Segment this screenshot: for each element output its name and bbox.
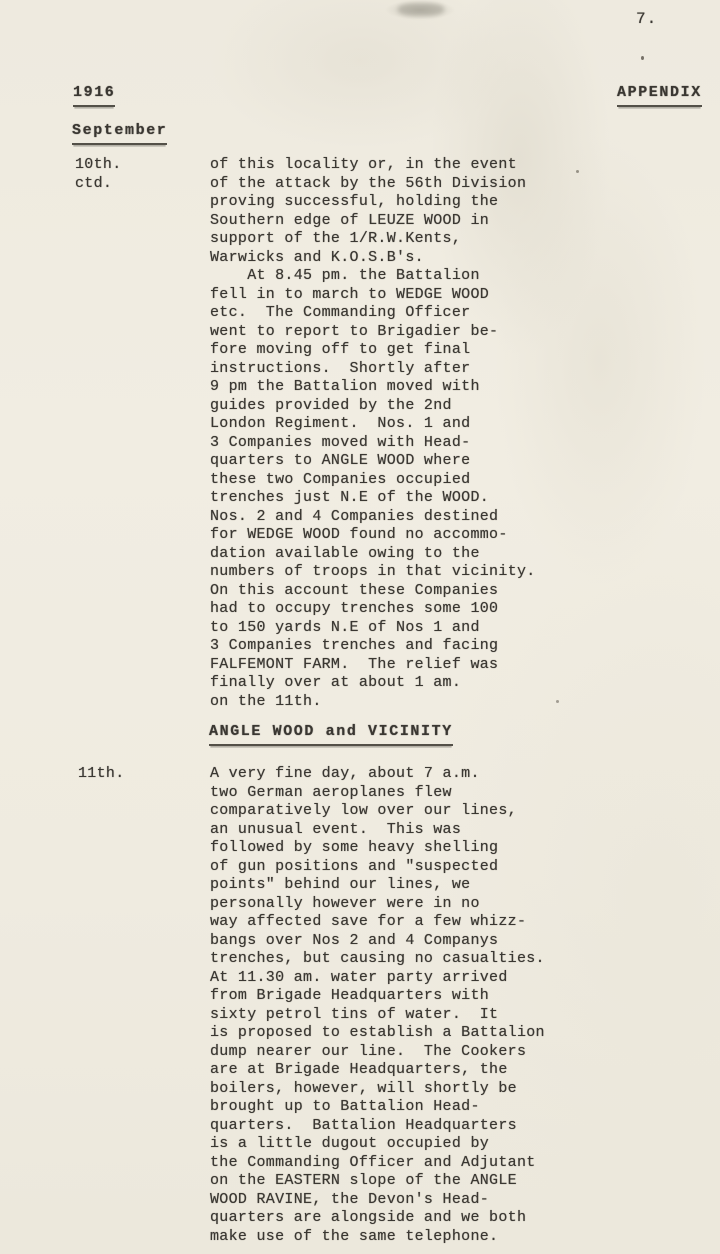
entry-body-11th: A very fine day, about 7 a.m. two German… — [210, 765, 545, 1246]
month-heading: September — [72, 122, 167, 145]
ink-speck — [556, 700, 559, 703]
document-page: 7. 1916 APPENDIX September 10th. ctd. of… — [0, 0, 720, 1254]
year-heading-text: 1916 — [73, 84, 115, 107]
entry-date-11th: 11th. — [78, 765, 125, 784]
month-heading-text: September — [72, 122, 167, 145]
appendix-heading-text: APPENDIX — [617, 84, 702, 107]
year-heading: 1916 — [73, 84, 115, 107]
entry-date-10th: 10th. ctd. — [75, 156, 122, 193]
section-heading-angle-wood: ANGLE WOOD and VICINITY — [209, 723, 453, 746]
appendix-heading: APPENDIX — [617, 84, 702, 107]
page-number: 7. — [636, 10, 657, 29]
scan-smudge — [398, 3, 444, 16]
entry-body-10th: of this locality or, in the event of the… — [210, 156, 536, 711]
section-heading-text: ANGLE WOOD and VICINITY — [209, 723, 453, 746]
ink-speck — [641, 56, 644, 60]
ink-speck — [576, 170, 579, 173]
